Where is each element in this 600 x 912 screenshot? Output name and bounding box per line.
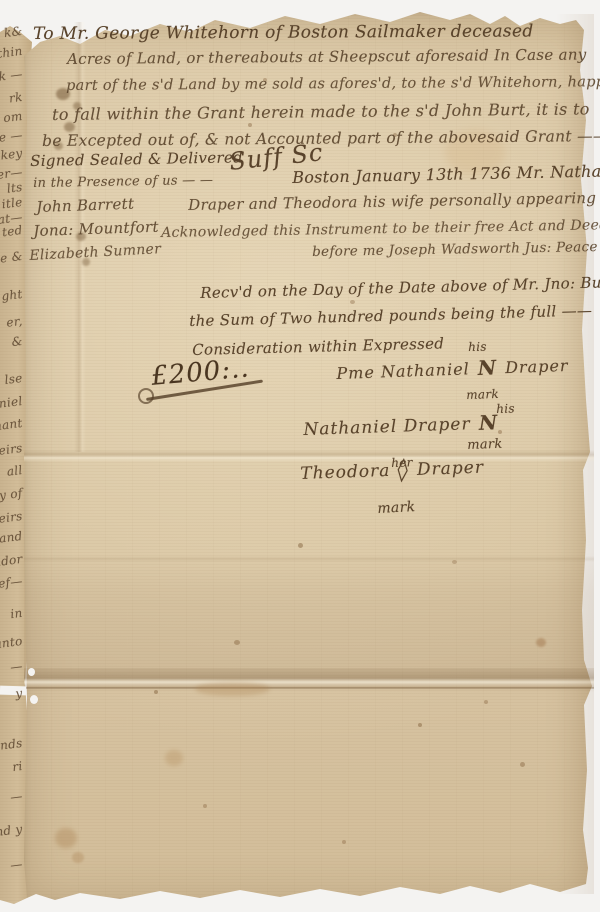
presence-line: in the Presence of us — — (33, 173, 213, 191)
sig3-post: Draper (417, 458, 485, 480)
sig1-his-label: his (468, 340, 487, 354)
sig3-her-mark: ◊ (394, 455, 413, 484)
sig1-mark-label: mark (466, 387, 499, 402)
sig1-post: Draper (505, 356, 569, 377)
address-line: To Mr. George Whitehorn of Boston Sailma… (33, 21, 534, 44)
sig1-his-mark: N (475, 355, 499, 380)
sig2-his-mark: N (477, 410, 501, 435)
sig3-mark-label: mark (377, 499, 416, 517)
sig2-mark-label: mark (467, 437, 503, 453)
manuscript-photo: k&think —rkome —keyter—ltsitleat—tede &g… (0, 0, 600, 912)
sig3-pre: Theodora (300, 461, 391, 484)
sig1-pre: Pme Nathaniel (336, 359, 470, 383)
signed-sealed-line: Signed Sealed & Delivered (30, 148, 243, 170)
witness-john-barrett: John Barrett (36, 195, 135, 216)
